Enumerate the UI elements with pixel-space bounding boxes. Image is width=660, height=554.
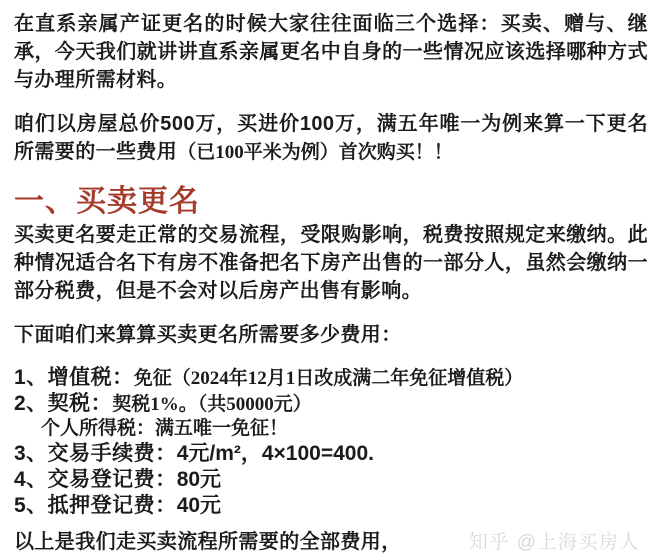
- zhihu-watermark: 知乎 @上海买房人: [469, 527, 648, 554]
- fee-item-vat: 1、增值税：免征（2024年12月1日改成满二年免征增值税）: [14, 365, 648, 391]
- fee-item-income-tax: 个人所得税：满五唯一免征！: [14, 417, 648, 441]
- fee-item-deed-tax-value: 契税1%。（共50000元）: [112, 394, 312, 415]
- section-heading: 一、买卖更名: [14, 185, 648, 219]
- fee-item-vat-label: 1、增值税：: [14, 366, 134, 389]
- footer-row: 以上是我们走买卖流程所需要的全部费用， 知乎 @上海买房人: [14, 527, 648, 554]
- fees-lead: 下面咱们来算算买卖更名所需要多少费用：: [14, 321, 648, 349]
- fee-item-mortgage-fee: 5、抵押登记费：40元: [14, 493, 648, 519]
- fee-item-mortgage-fee-value: 40元: [177, 494, 221, 517]
- fee-item-deed-tax: 2、契税：契税1%。（共50000元）: [14, 391, 648, 417]
- fee-list: 1、增值税：免征（2024年12月1日改成满二年免征增值税） 2、契税：契税1%…: [14, 365, 648, 519]
- example-paragraph: 咱们以房屋总价500万，买进价100万，满五年唯一为例来算一下更名所需要的一些费…: [14, 110, 648, 167]
- fee-item-registration-fee: 4、交易登记费：80元: [14, 467, 648, 493]
- example-paragraph-note: （已100平米为例）首次购买！！: [177, 142, 453, 163]
- fee-item-registration-fee-label: 4、交易登记费：: [14, 468, 177, 491]
- fee-item-deed-tax-label: 2、契税：: [14, 392, 112, 415]
- section-paragraph: 买卖更名要走正常的交易流程，受限购影响，税费按照规定来缴纳。此种情况适合名下有房…: [14, 221, 648, 305]
- closing-paragraph: 以上是我们走买卖流程所需要的全部费用，: [14, 529, 402, 554]
- fee-item-transaction-fee-value: 4元/m²，4×100=400.: [177, 442, 374, 465]
- fee-item-transaction-fee-label: 3、交易手续费：: [14, 442, 177, 465]
- fee-item-mortgage-fee-label: 5、抵押登记费：: [14, 494, 177, 517]
- fee-item-registration-fee-value: 80元: [177, 468, 221, 491]
- fee-item-transaction-fee: 3、交易手续费：4元/m²，4×100=400.: [14, 441, 648, 467]
- article-page: 在直系亲属产证更名的时候大家往往面临三个选择：买卖、赠与、继承，今天我们就讲讲直…: [0, 0, 660, 554]
- intro-paragraph: 在直系亲属产证更名的时候大家往往面临三个选择：买卖、赠与、继承，今天我们就讲讲直…: [14, 10, 648, 94]
- fee-item-vat-value: 免征（2024年12月1日改成满二年免征增值税）: [134, 368, 524, 389]
